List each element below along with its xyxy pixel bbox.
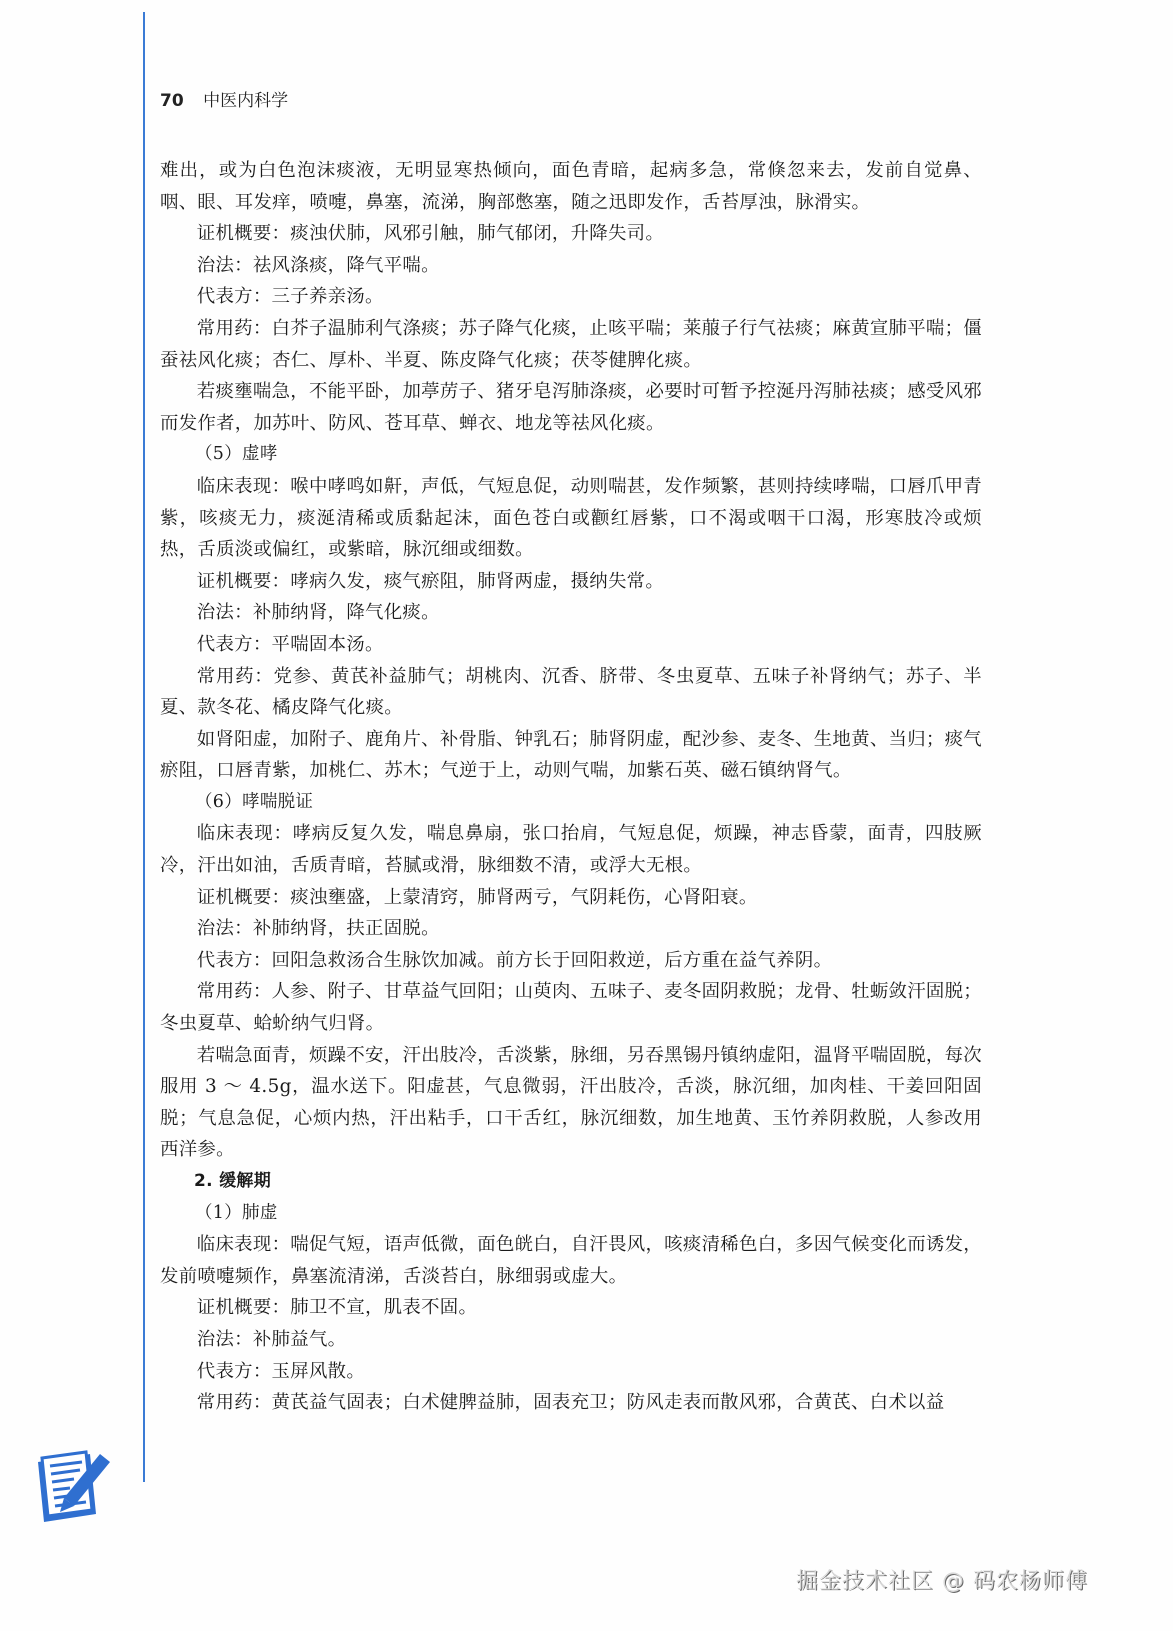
formula-paragraph: 代表方：玉屏风散。: [160, 1356, 982, 1388]
continued-paragraph: 难出，或为白色泡沫痰液，无明显寒热倾向，面色青暗，起病多急，常倏忽来去，发前自觉…: [160, 155, 982, 218]
page-header: 70 中医内科学: [160, 86, 288, 111]
note-pencil-icon: [30, 1448, 120, 1528]
treatment-paragraph: 治法：补肺纳肾，扶正固脱。: [160, 913, 982, 945]
formula-paragraph: 代表方：三子养亲汤。: [160, 281, 982, 313]
watermark: 掘金技术社区 @ 码农杨师傅: [796, 1564, 1088, 1595]
herbs-paragraph: 常用药：黄芪益气固表；白术健脾益肺，固表充卫；防风走表而散风邪，合黄芪、白术以益: [160, 1387, 982, 1419]
mechanism-paragraph: 证机概要：痰浊伏肺，风邪引触，肺气郁闭，升降失司。: [160, 218, 982, 250]
mechanism-paragraph: 证机概要：哮病久发，痰气瘀阻，肺肾两虚，摄纳失常。: [160, 566, 982, 598]
section-heading: （1）肺虚: [160, 1198, 982, 1230]
modification-paragraph: 若痰壅喘急，不能平卧，加葶苈子、猪牙皂泻肺涤痰，必要时可暂予控涎丹泻肺祛痰；感受…: [160, 376, 982, 439]
page-body: 难出，或为白色泡沫痰液，无明显寒热倾向，面色青暗，起病多急，常倏忽来去，发前自觉…: [160, 155, 982, 1419]
page-number: 70: [160, 91, 184, 111]
clinical-paragraph: 临床表现：喘促气短，语声低微，面色㿠白，自汗畏风，咳痰清稀色白，多因气候变化而诱…: [160, 1229, 982, 1292]
clinical-paragraph: 临床表现：哮病反复久发，喘息鼻扇，张口抬肩，气短息促，烦躁，神志昏蒙，面青，四肢…: [160, 818, 982, 881]
mechanism-paragraph: 证机概要：痰浊壅盛，上蒙清窍，肺肾两亏，气阴耗伤，心肾阳衰。: [160, 882, 982, 914]
margin-rule: [143, 12, 145, 1482]
treatment-paragraph: 治法：祛风涤痰，降气平喘。: [160, 250, 982, 282]
modification-paragraph: 如肾阳虚，加附子、鹿角片、补骨脂、钟乳石；肺肾阴虚，配沙参、麦冬、生地黄、当归；…: [160, 724, 982, 787]
treatment-paragraph: 治法：补肺益气。: [160, 1324, 982, 1356]
modification-paragraph: 若喘急面青，烦躁不安，汗出肢冷，舌淡紫，脉细，另吞黑锡丹镇纳虚阳，温肾平喘固脱，…: [160, 1040, 982, 1166]
section-heading: （5）虚哮: [160, 439, 982, 471]
formula-paragraph: 代表方：回阳急救汤合生脉饮加减。前方长于回阳救逆，后方重在益气养阴。: [160, 945, 982, 977]
book-title: 中医内科学: [203, 91, 288, 111]
section-heading: （6）哮喘脱证: [160, 787, 982, 819]
herbs-paragraph: 常用药：白芥子温肺利气涤痰；苏子降气化痰，止咳平喘；莱菔子行气祛痰；麻黄宣肺平喘…: [160, 313, 982, 376]
herbs-paragraph: 常用药：党参、黄芪补益肺气；胡桃肉、沉香、脐带、冬虫夏草、五味子补肾纳气；苏子、…: [160, 661, 982, 724]
formula-paragraph: 代表方：平喘固本汤。: [160, 629, 982, 661]
phase-heading: 2. 缓解期: [160, 1166, 982, 1198]
mechanism-paragraph: 证机概要：肺卫不宣，肌表不固。: [160, 1292, 982, 1324]
herbs-paragraph: 常用药：人参、附子、甘草益气回阳；山萸肉、五味子、麦冬固阴救脱；龙骨、牡蛎敛汗固…: [160, 976, 982, 1039]
treatment-paragraph: 治法：补肺纳肾，降气化痰。: [160, 597, 982, 629]
clinical-paragraph: 临床表现：喉中哮鸣如鼾，声低，气短息促，动则喘甚，发作频繁，甚则持续哮喘，口唇爪…: [160, 471, 982, 566]
